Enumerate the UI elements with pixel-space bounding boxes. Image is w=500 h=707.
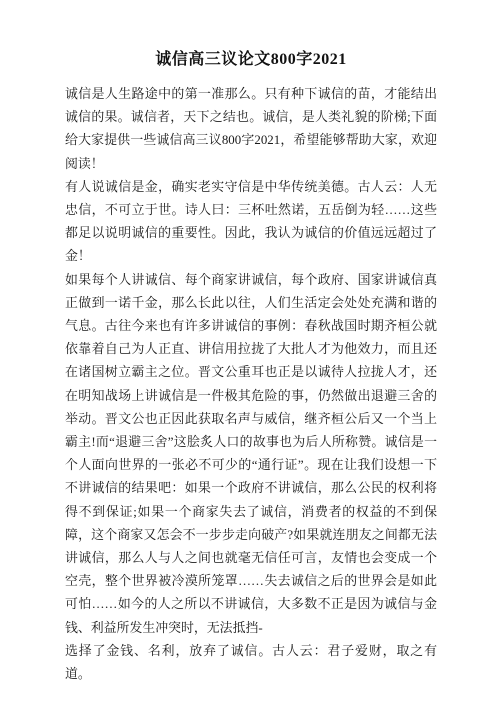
paragraph-intro: 诚信是人生路途中的第一准那么。只有种下诚信的苗，才能结出诚信的果。诚信者，天下之… [65,83,437,176]
document-title: 诚信高三议论文800字2021 [65,46,437,69]
document-page: 诚信高三议论文800字2021 诚信是人生路途中的第一准那么。只有种下诚信的苗，… [0,0,500,707]
document-body: 诚信是人生路途中的第一准那么。只有种下诚信的苗，才能结出诚信的果。诚信者，天下之… [65,83,437,686]
paragraph-examples-and-consequences: 如果每个人讲诚信、每个商家讲诚信，每个政府、国家讲诚信真正做到一诺千金，那么长此… [65,269,437,640]
paragraph-honesty-is-gold: 有人说诚信是金，确实老实守信是中华传统美德。古人云：人无忠信，不可立于世。诗人曰… [65,176,437,269]
paragraph-conclusion: 选择了金钱、名利，放弃了诚信。古人云：君子爱财，取之有道。 [65,640,437,686]
page-content: 诚信高三议论文800字2021 诚信是人生路途中的第一准那么。只有种下诚信的苗，… [0,0,500,686]
